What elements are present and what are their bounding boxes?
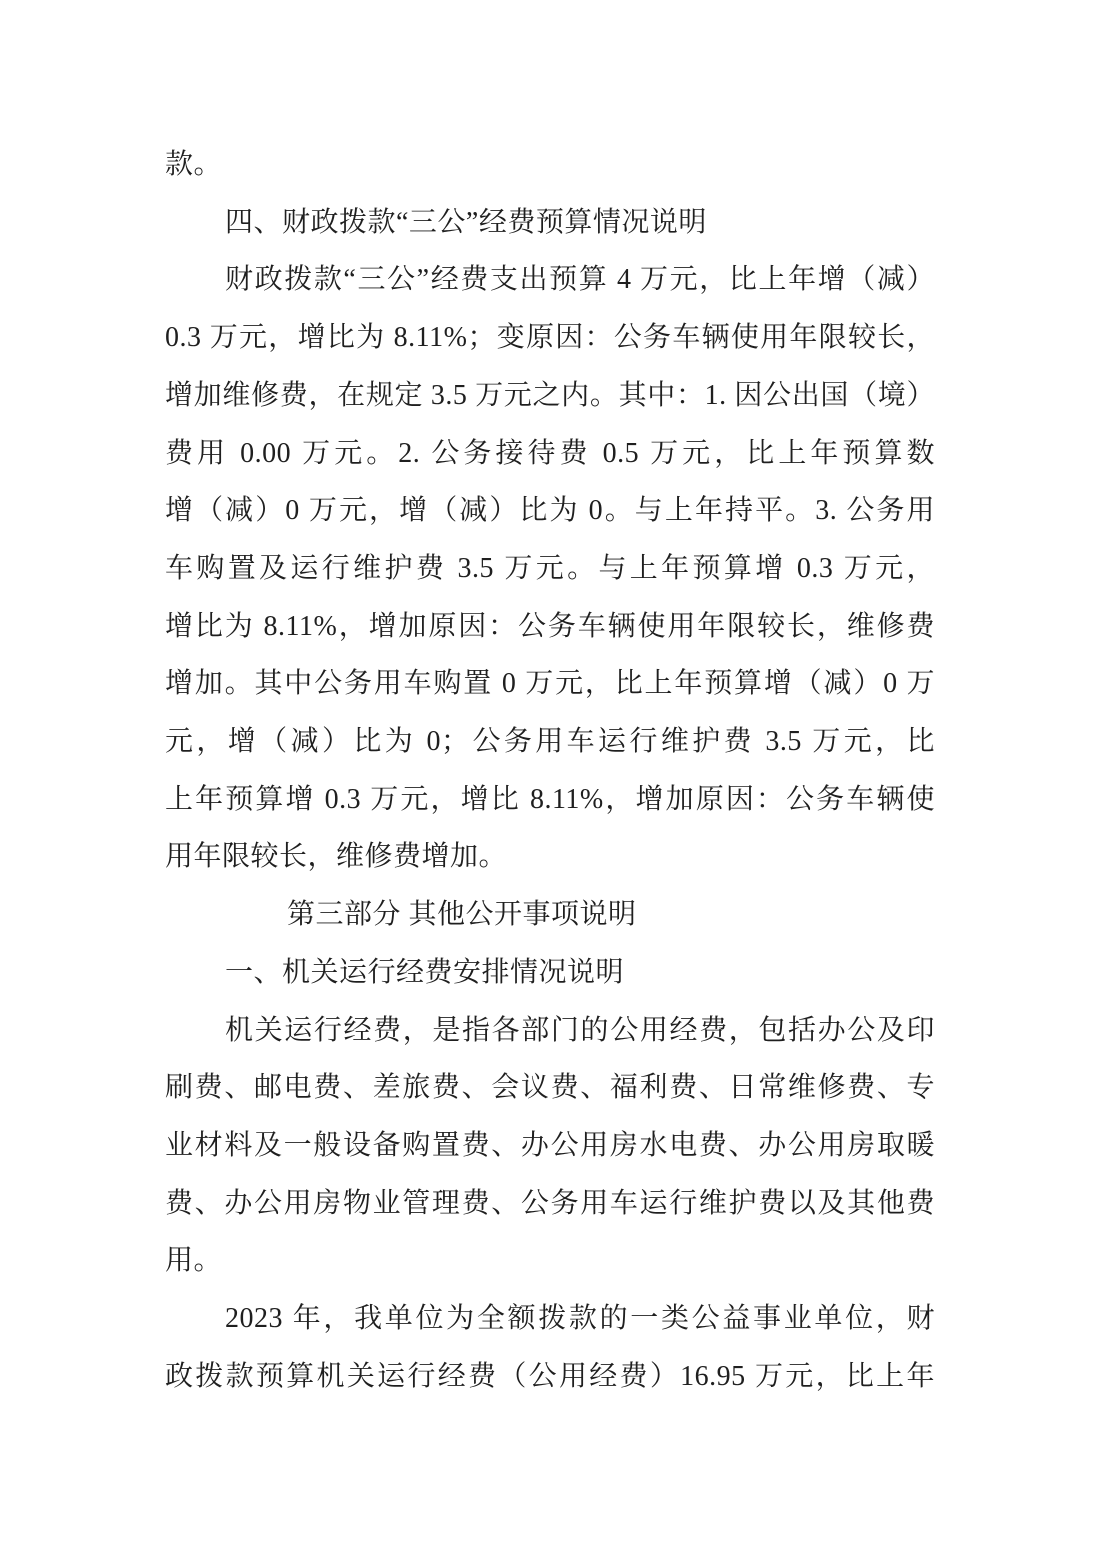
text-line: 业材料及一般设备购置费、办公用房水电费、办公用房取暖 xyxy=(165,1117,935,1175)
text-line: 机关运行经费，是指各部门的公用经费，包括办公及印 xyxy=(165,1002,935,1060)
text-line: 费、办公用房物业管理费、公务用车运行维护费以及其他费 xyxy=(165,1175,935,1233)
text-line: 用年限较长，维修费增加。 xyxy=(165,828,935,886)
text-line: 政拨款预算机关运行经费（公用经费）16.95 万元，比上年 xyxy=(165,1348,935,1406)
text-line: 款。 xyxy=(165,136,935,194)
text-line: 一、机关运行经费安排情况说明 xyxy=(165,944,935,1002)
text-line: 增加。其中公务用车购置 0 万元，比上年预算增（减）0 万 xyxy=(165,655,935,713)
text-line: 四、财政拨款“三公”经费预算情况说明 xyxy=(165,194,935,252)
text-line: 第三部分 其他公开事项说明 xyxy=(165,886,935,944)
document-page: 款。四、财政拨款“三公”经费预算情况说明财政拨款“三公”经费支出预算 4 万元，… xyxy=(0,0,1102,1559)
document-body: 款。四、财政拨款“三公”经费预算情况说明财政拨款“三公”经费支出预算 4 万元，… xyxy=(165,136,935,1405)
text-line: 财政拨款“三公”经费支出预算 4 万元，比上年增（减） xyxy=(165,251,935,309)
text-line: 费用 0.00 万元。2. 公务接待费 0.5 万元，比上年预算数 xyxy=(165,425,935,483)
text-line: 刷费、邮电费、差旅费、会议费、福利费、日常维修费、专 xyxy=(165,1059,935,1117)
text-line: 上年预算增 0.3 万元，增比 8.11%，增加原因：公务车辆使 xyxy=(165,771,935,829)
text-line: 增加维修费，在规定 3.5 万元之内。其中：1. 因公出国（境） xyxy=(165,367,935,425)
text-line: 车购置及运行维护费 3.5 万元。与上年预算增 0.3 万元， xyxy=(165,540,935,598)
text-line: 2023 年，我单位为全额拨款的一类公益事业单位，财 xyxy=(165,1290,935,1348)
text-line: 0.3 万元，增比为 8.11%；变原因：公务车辆使用年限较长， xyxy=(165,309,935,367)
text-line: 元，增（减）比为 0；公务用车运行维护费 3.5 万元，比 xyxy=(165,713,935,771)
text-line: 增（减）0 万元，增（减）比为 0。与上年持平。3. 公务用 xyxy=(165,482,935,540)
text-line: 增比为 8.11%，增加原因：公务车辆使用年限较长，维修费 xyxy=(165,598,935,656)
text-line: 用。 xyxy=(165,1232,935,1290)
